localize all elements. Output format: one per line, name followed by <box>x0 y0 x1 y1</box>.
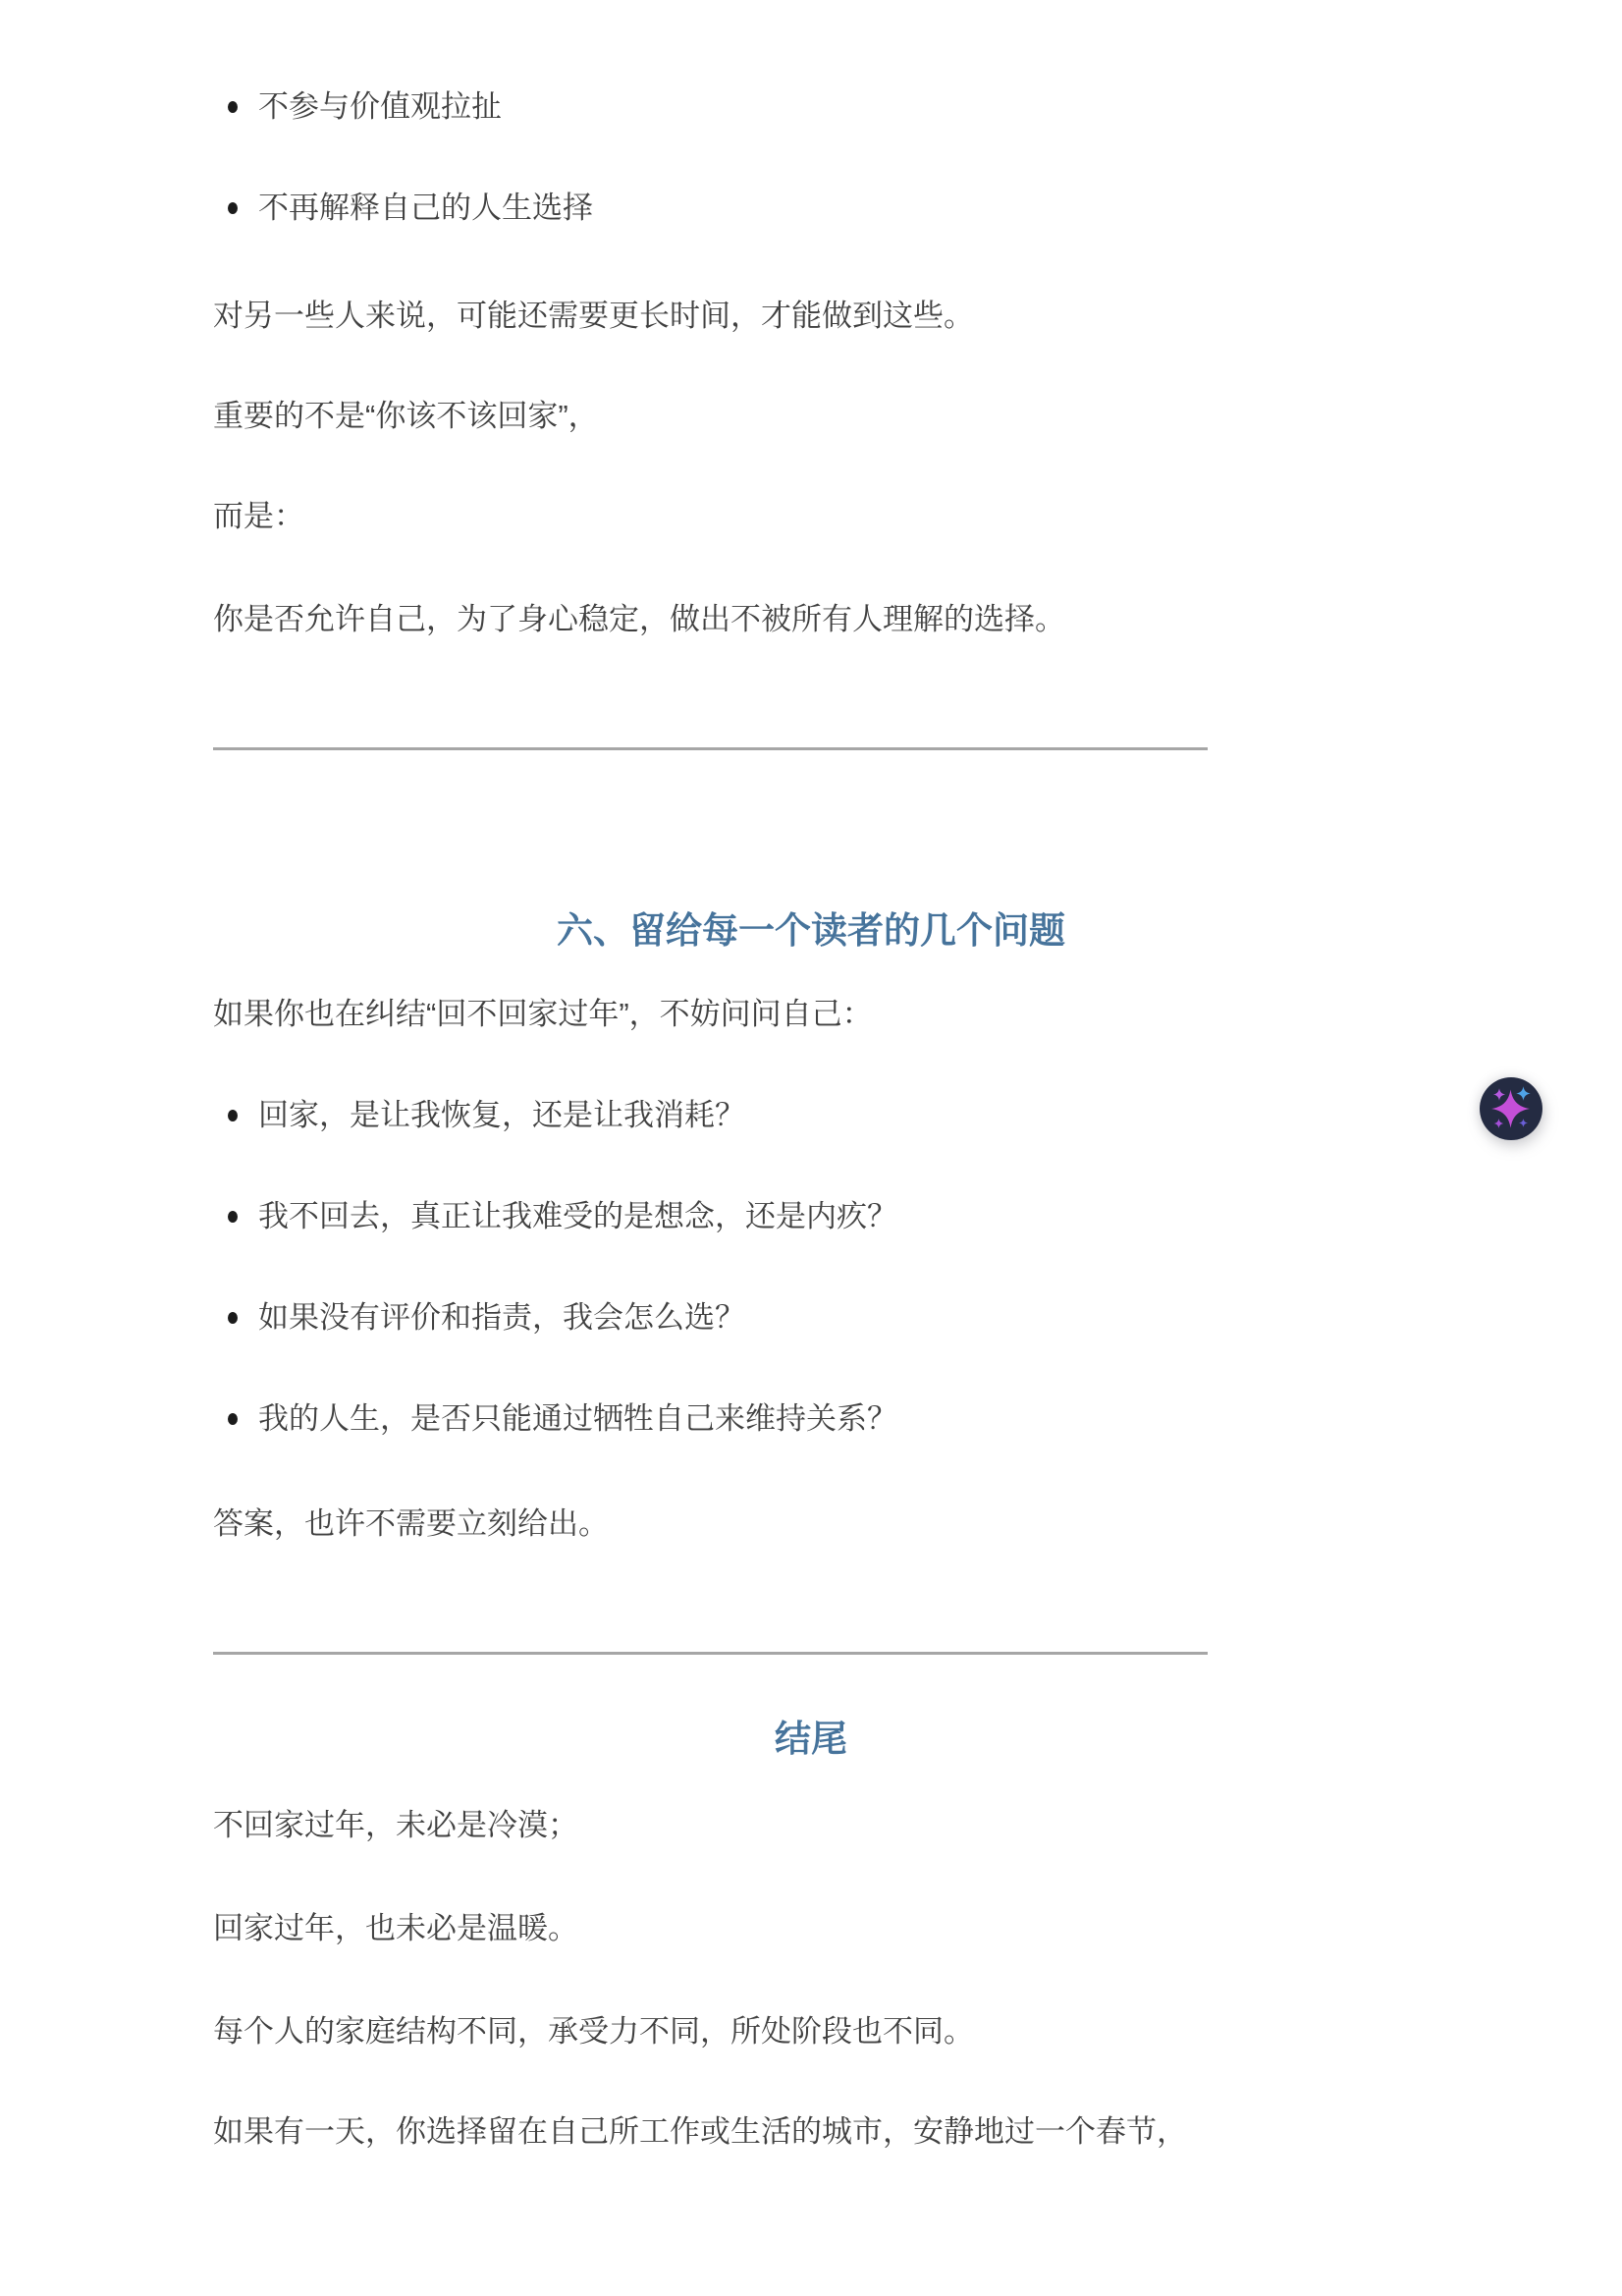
ai-assistant-button[interactable] <box>1480 1077 1542 1140</box>
paragraph: 而是： <box>213 496 1409 536</box>
choices-list: 不参与价值观拉扯 不再解释自己的人生选择 <box>213 86 1409 228</box>
section-divider <box>213 747 1208 750</box>
paragraph: 每个人的家庭结构不同，承受力不同，所处阶段也不同。 <box>213 2011 1409 2051</box>
list-item: 不再解释自己的人生选择 <box>213 188 1409 228</box>
list-item: 回家，是让我恢复，还是让我消耗？ <box>213 1095 1409 1135</box>
list-item: 不参与价值观拉扯 <box>213 86 1409 127</box>
paragraph: 答案，也许不需要立刻给出。 <box>213 1503 1409 1544</box>
paragraph: 回家过年，也未必是温暖。 <box>213 1908 1409 1948</box>
list-item: 如果没有评价和指责，我会怎么选？ <box>213 1297 1409 1338</box>
section-divider <box>213 1652 1208 1655</box>
questions-list: 回家，是让我恢复，还是让我消耗？ 我不回去，真正让我难受的是想念，还是内疚？ 如… <box>213 1095 1409 1439</box>
list-item: 我的人生，是否只能通过牺牲自己来维持关系？ <box>213 1398 1409 1439</box>
article-page: 不参与价值观拉扯 不再解释自己的人生选择 对另一些人来说，可能还需要更长时间，才… <box>0 0 1622 2296</box>
sparkle-ai-icon <box>1480 1077 1542 1140</box>
paragraph: 如果你也在纠结“回不回家过年”，不妨问问自己： <box>213 994 1409 1034</box>
paragraph: 如果有一天，你选择留在自己所工作或生活的城市，安静地过一个春节， <box>213 2111 1409 2152</box>
section-six-heading: 六、留给每一个读者的几个问题 <box>213 907 1409 955</box>
ending-heading: 结尾 <box>213 1716 1409 1763</box>
paragraph: 你是否允许自己，为了身心稳定，做出不被所有人理解的选择。 <box>213 599 1409 639</box>
article-content: 不参与价值观拉扯 不再解释自己的人生选择 对另一些人来说，可能还需要更长时间，才… <box>213 86 1409 2152</box>
paragraph: 重要的不是“你该不该回家”， <box>213 396 1409 436</box>
paragraph: 不回家过年，未必是冷漠； <box>213 1805 1409 1845</box>
list-item: 我不回去，真正让我难受的是想念，还是内疚？ <box>213 1196 1409 1236</box>
paragraph: 对另一些人来说，可能还需要更长时间，才能做到这些。 <box>213 296 1409 336</box>
